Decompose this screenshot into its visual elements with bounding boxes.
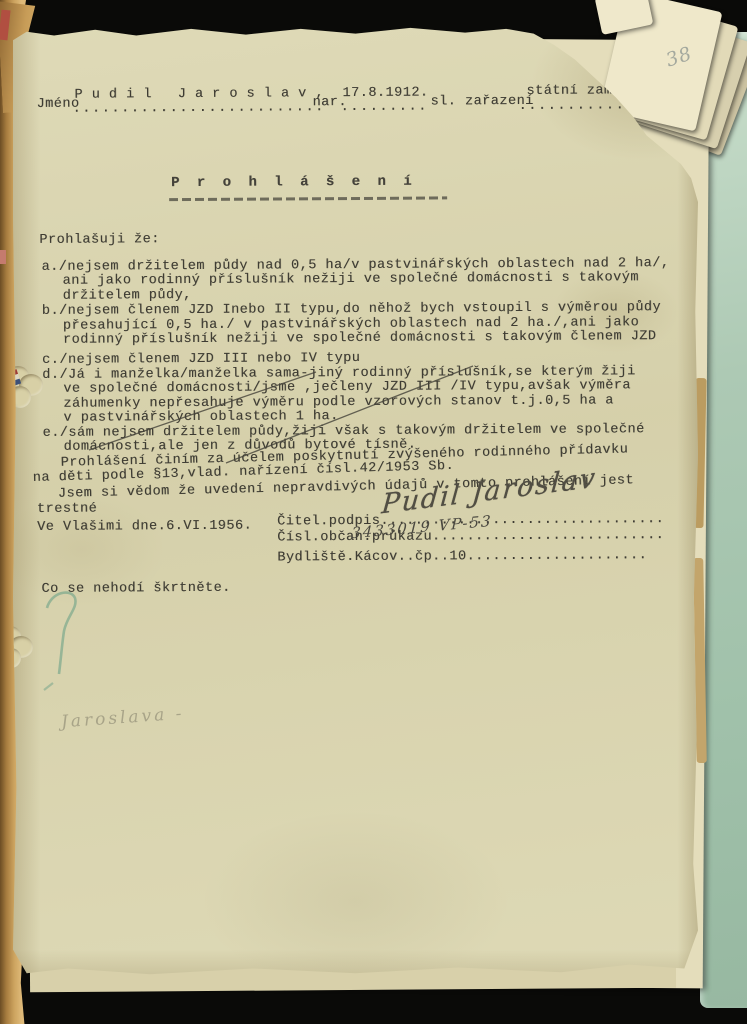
dotted-line: .........	[341, 101, 428, 116]
page-title: P r o h l á š e n í	[171, 175, 416, 190]
address-label: Bydliště.Kácov..čp..10..................…	[277, 549, 647, 565]
body-line: rodinný příslušník nežiji ve společné do…	[63, 330, 657, 348]
document-page: Jméno P u d i l J a r o s l a v , ......…	[13, 26, 698, 978]
dotted-line: ..........................	[73, 101, 325, 117]
body-line: trestné	[37, 503, 97, 517]
binding-tab	[0, 250, 6, 264]
typewritten-content: Jméno P u d i l J a r o s l a v , ......…	[10, 24, 701, 980]
green-pencil-mark	[37, 586, 97, 701]
scanned-document: 38 Jméno P u d i l J a r o s l a v , ...…	[0, 0, 747, 1024]
body-line: ani jako rodinný příslušník nežiji ve sp…	[63, 271, 639, 289]
body-line: držitelem půdy,	[63, 289, 192, 304]
body-intro: Prohlašuji že:	[39, 233, 160, 248]
title-underline	[169, 196, 447, 201]
place-date-line: Ve Vlašimi dne.6.VI.1956.	[37, 520, 252, 535]
